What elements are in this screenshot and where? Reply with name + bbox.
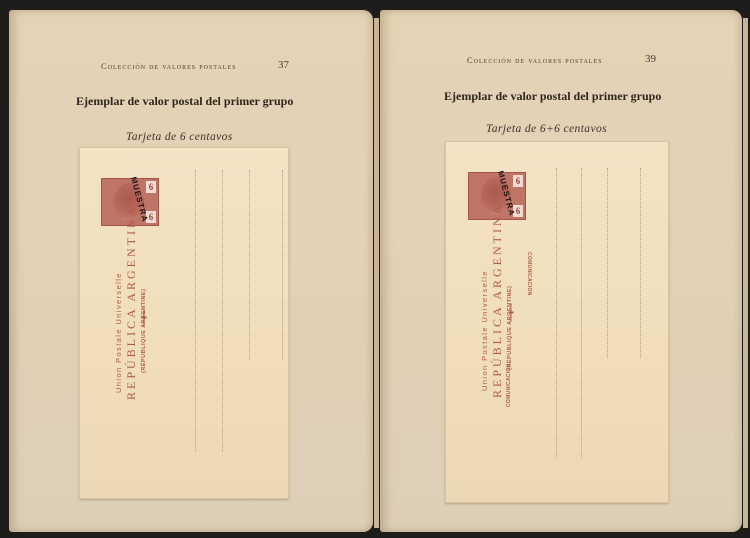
page-subtitle: Ejemplar de valor postal del primer grup… [76, 94, 293, 109]
page-edge [743, 18, 748, 528]
country-name: REPÚBLICA ARGENTINA [490, 203, 505, 398]
album-page-right: Colección de valores postales 39 Ejempla… [380, 10, 742, 532]
address-line [581, 168, 582, 458]
album-page-left: Colección de valores postales 37 Ejempla… [9, 10, 373, 532]
union-text: Union Postale Universelle [114, 272, 123, 393]
stamp-value: 6 [513, 175, 523, 187]
label-right: COMUNICACION [526, 252, 532, 296]
country-name-french: (RÉPUBLIQUE ARGENTINE) [507, 286, 513, 370]
address-line [249, 170, 250, 360]
stamp-value: 6 [146, 181, 156, 193]
running-head: Colección de valores postales [467, 55, 602, 65]
address-line [556, 168, 557, 458]
postal-card: 6 6 MUESTRA Union Postale Universelle RE… [79, 147, 289, 499]
page-number: 39 [645, 53, 656, 65]
address-line [607, 168, 608, 358]
address-line [222, 170, 223, 452]
page-subtitle: Ejemplar de valor postal del primer grup… [444, 89, 661, 104]
country-name-french: (RÉPUBLIQUE ARGENTINE) [141, 289, 147, 373]
address-line [195, 170, 196, 452]
arrow-mark [511, 304, 512, 322]
country-name: REPÚBLICA ARGENTINA [124, 205, 139, 400]
page-edge [374, 18, 379, 528]
card-caption: Tarjeta de 6 centavos [126, 131, 233, 143]
label-left: COMUNICACION [506, 363, 512, 407]
page-number: 37 [278, 59, 289, 71]
address-line [282, 170, 283, 360]
running-head: Colección de valores postales [101, 61, 236, 71]
arrow-mark [144, 309, 145, 327]
card-caption: Tarjeta de 6+6 centavos [486, 123, 607, 135]
postal-card: 6 6 MUESTRA Union Postale Universelle RE… [445, 141, 669, 503]
union-text: Union Postale Universelle [480, 270, 489, 391]
address-line [640, 168, 641, 358]
